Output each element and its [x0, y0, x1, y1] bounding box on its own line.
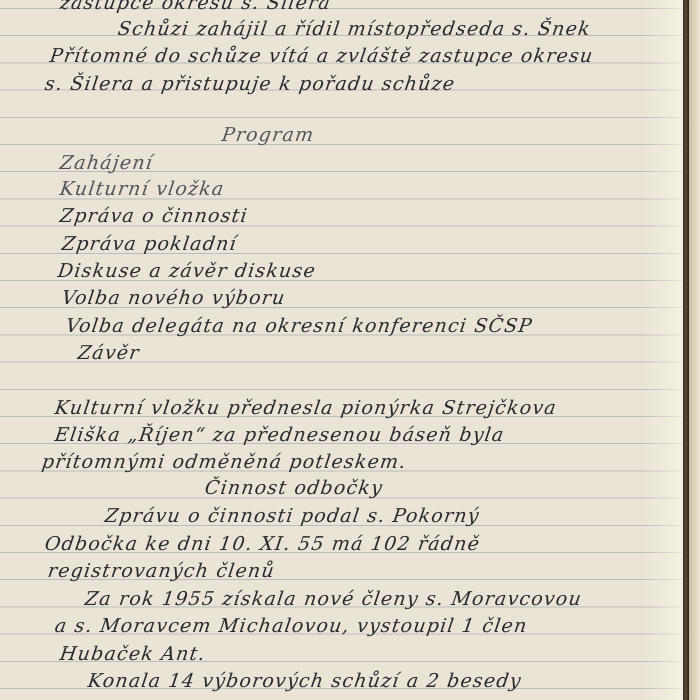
program-heading: Program: [220, 124, 315, 146]
program-item-5: Diskuse a závěr diskuse: [56, 260, 317, 282]
text-line-2: Schůzi zahájil a řídil místopředseda s. …: [116, 18, 592, 40]
text-line-1: zastupce okresu s. Šilera: [58, 0, 332, 14]
text-line-cultural-2: Eliška „Říjen“ za přednesenou báseň byla: [53, 424, 506, 446]
text-line-activity-7: Konala 14 výborových schůzí a 2 besedy: [86, 670, 523, 692]
text-line-cultural-1: Kulturní vložku přednesla pionýrka Strej…: [53, 397, 558, 419]
text-line-activity-4: Za rok 1955 získala nové členy s. Moravc…: [83, 588, 583, 610]
text-line-4: s. Šilera a přistupuje k pořadu schůze: [43, 73, 456, 95]
text-line-activity-5: a s. Moravcem Michalovou, vystoupil 1 čl…: [53, 615, 529, 637]
program-item-4: Zpráva pokladní: [60, 233, 238, 255]
text-line-activity-6: Hubaček Ant.: [58, 643, 207, 665]
program-item-8: Závěr: [76, 342, 141, 364]
program-item-6: Volba nového výboru: [60, 287, 287, 309]
text-line-activity-3: registrovaných členů: [46, 560, 276, 582]
program-item-1: Zahájení: [58, 152, 154, 174]
program-item-2: Kulturní vložka: [58, 178, 226, 200]
text-line-cultural-3: přítomnými odměněná potleskem.: [40, 451, 408, 473]
text-line-activity-2: Odbočka ke dni 10. XI. 55 má 102 řádně: [43, 533, 481, 555]
program-item-7: Volba delegáta na okresní konferenci SČS…: [64, 315, 534, 337]
notebook-page: zastupce okresu s. Šilera Schůzi zahájil…: [0, 0, 683, 700]
text-line-3: Přítomné do schůze vítá a zvláště zastup…: [48, 45, 595, 67]
page-edge: [689, 0, 700, 700]
text-line-activity-1: Zprávu o činnosti podal s. Pokorný: [103, 505, 481, 527]
program-item-3: Zpráva o činnosti: [58, 205, 249, 227]
section-heading-activity: Činnost odbočky: [203, 477, 384, 499]
